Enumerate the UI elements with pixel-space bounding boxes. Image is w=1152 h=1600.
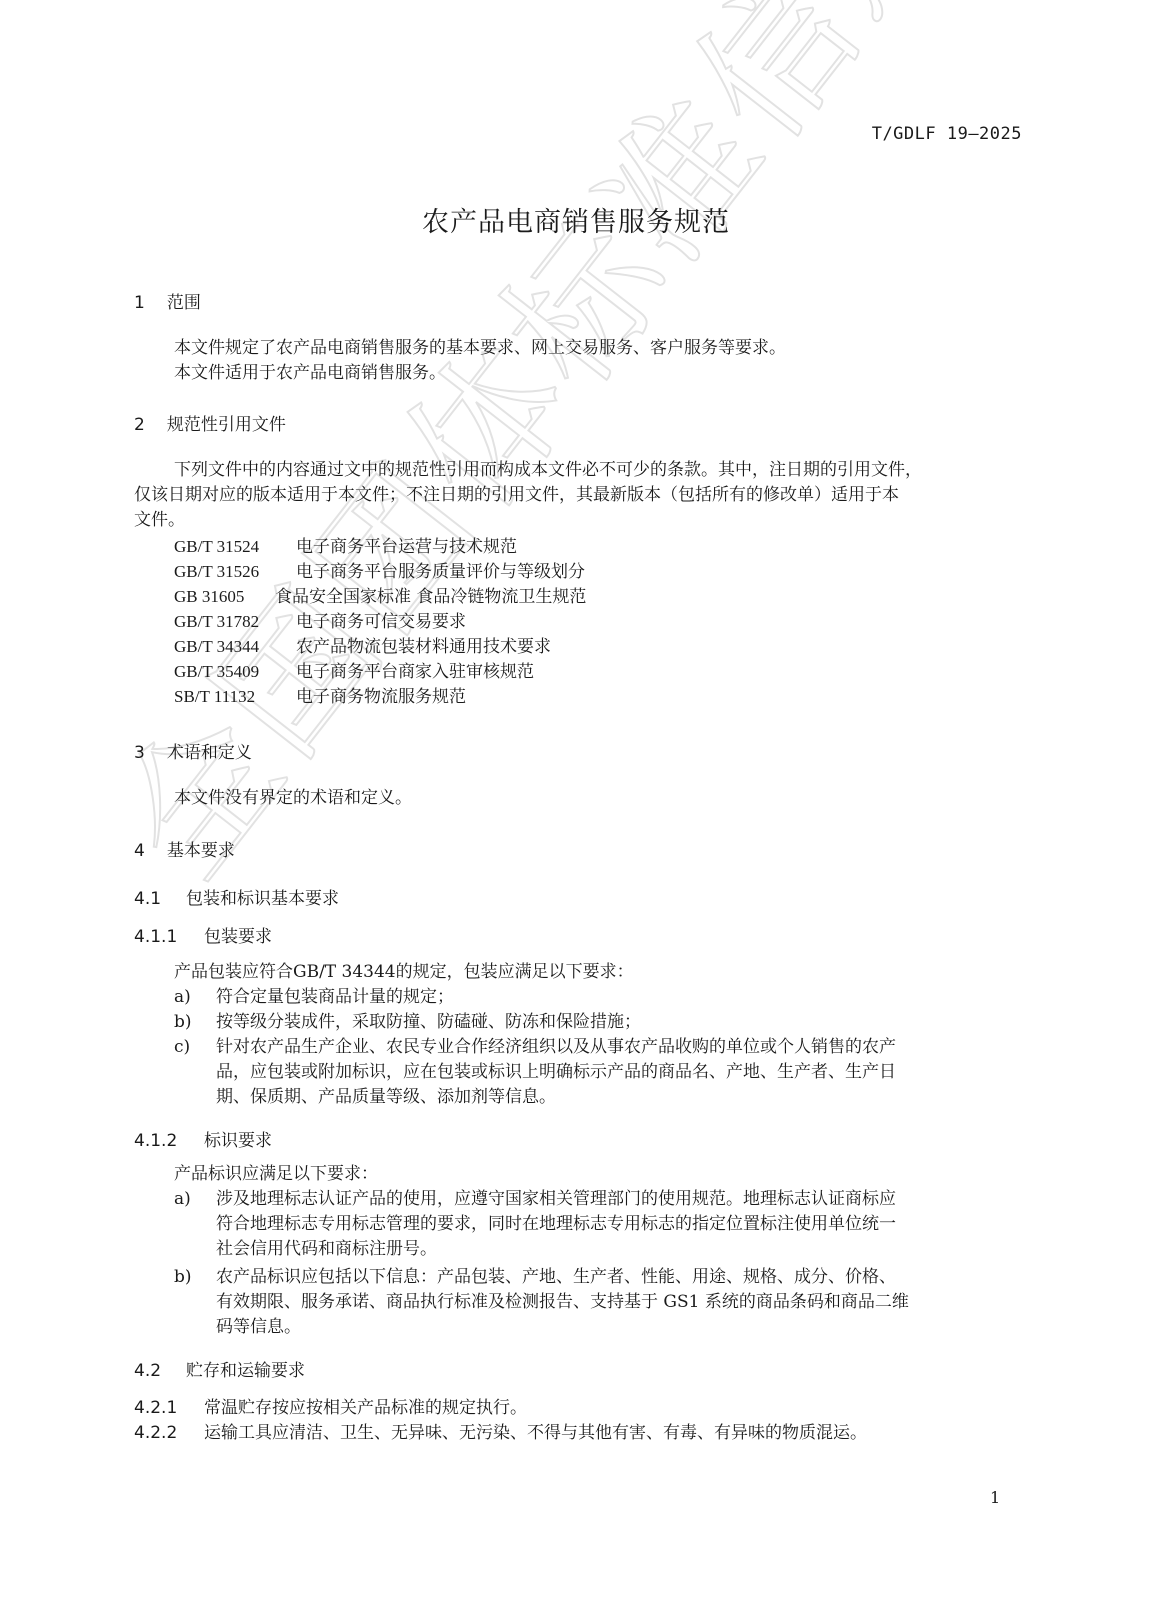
section-number: 4.1.1 xyxy=(134,927,204,947)
section-heading-2: 2规范性引用文件 xyxy=(134,410,286,435)
reference-code: GB/T 35409 xyxy=(174,659,296,684)
reference-item: GB/T 31782电子商务可信交易要求 xyxy=(174,609,466,635)
section-title: 范围 xyxy=(167,293,201,313)
section-number: 1 xyxy=(134,293,145,313)
reference-item: SB/T 11132电子商务物流服务规范 xyxy=(174,684,466,710)
section-number: 4.1 xyxy=(134,889,186,909)
document-page: 全国团体标准信息平台 T/GDLF 19—2025 农产品电商销售服务规范 1范… xyxy=(0,0,1152,1600)
section-title: 标识要求 xyxy=(204,1131,272,1151)
reference-name: 电子商务物流服务规范 xyxy=(296,687,466,707)
reference-name: 电子商务可信交易要求 xyxy=(296,612,466,632)
list-text: 涉及地理标志认证产品的使用，应遵守国家相关管理部门的使用规范。地理标志认证商标应 xyxy=(216,1187,1022,1212)
reference-name: 食品安全国家标准 食品冷链物流卫生规范 xyxy=(275,587,586,607)
list-marker: b) xyxy=(174,1265,192,1290)
clause-text: 常温贮存按应按相关产品标准的规定执行。 xyxy=(204,1398,527,1418)
document-title: 农产品电商销售服务规范 xyxy=(0,200,1152,239)
reference-name: 电子商务平台商家入驻审核规范 xyxy=(296,662,534,682)
list-text: 按等级分装成件，采取防撞、防磕碰、防冻和保险措施； xyxy=(216,1010,1022,1035)
section-number: 4.1.2 xyxy=(134,1131,204,1151)
list-text: 品，应包装或附加标识，应在包装或标识上明确标示产品的商品名、产地、生产者、生产日 xyxy=(216,1060,1022,1085)
section-title: 贮存和运输要求 xyxy=(186,1361,305,1381)
paragraph: 产品包装应符合GB/T 34344的规定，包装应满足以下要求： xyxy=(174,960,634,985)
section-number: 4.2 xyxy=(134,1361,186,1381)
section-number: 4.2.1 xyxy=(134,1398,204,1418)
list-text: 有效期限、服务承诺、商品执行标准及检测报告、支持基于 GS1 系统的商品条码和商… xyxy=(216,1290,1022,1315)
reference-name: 电子商务平台服务质量评价与等级划分 xyxy=(296,562,585,582)
paragraph: 本文件适用于农产品电商销售服务。 xyxy=(174,361,446,386)
paragraph: 产品标识应满足以下要求： xyxy=(174,1162,378,1187)
reference-item: GB/T 31526电子商务平台服务质量评价与等级划分 xyxy=(174,559,585,585)
list-marker: b) xyxy=(174,1010,192,1035)
reference-item: GB/T 34344农产品物流包装材料通用技术要求 xyxy=(174,634,551,660)
section-heading-4-2: 4.2贮存和运输要求 xyxy=(134,1356,305,1381)
list-text: 符合地理标志专用标志管理的要求，同时在地理标志专用标志的指定位置标注使用单位统一 xyxy=(216,1212,1022,1237)
list-text: 社会信用代码和商标注册号。 xyxy=(216,1237,1022,1262)
paragraph: 本文件规定了农产品电商销售服务的基本要求、网上交易服务、客户服务等要求。 xyxy=(174,336,786,361)
section-heading-3: 3术语和定义 xyxy=(134,738,252,763)
reference-code: GB/T 31524 xyxy=(174,534,296,559)
section-heading-4-1-2: 4.1.2标识要求 xyxy=(134,1126,272,1151)
section-number: 3 xyxy=(134,743,145,763)
reference-code: GB/T 34344 xyxy=(174,634,296,659)
section-title: 包装和标识基本要求 xyxy=(186,889,339,909)
paragraph-line: 仅该日期对应的版本适用于本文件；不注日期的引用文件，其最新版本（包括所有的修改单… xyxy=(134,483,899,508)
list-text: 期、保质期、产品质量等级、添加剂等信息。 xyxy=(216,1085,1022,1110)
section-number: 4 xyxy=(134,841,145,861)
section-heading-4-1: 4.1包装和标识基本要求 xyxy=(134,884,339,909)
section-heading-1: 1范围 xyxy=(134,288,201,313)
section-number: 2 xyxy=(134,415,145,435)
reference-code: GB/T 31782 xyxy=(174,609,296,634)
list-marker: a) xyxy=(174,985,191,1010)
clause-4-2-2: 4.2.2运输工具应清洁、卫生、无异味、无污染、不得与其他有害、有毒、有异味的物… xyxy=(134,1418,867,1443)
section-title: 规范性引用文件 xyxy=(167,415,286,435)
reference-code: GB 31605 xyxy=(174,584,275,609)
list-text: 针对农产品生产企业、农民专业合作经济组织以及从事农产品收购的单位或个人销售的农产 xyxy=(216,1035,1022,1060)
reference-code: GB/T 31526 xyxy=(174,559,296,584)
reference-name: 农产品物流包装材料通用技术要求 xyxy=(296,637,551,657)
paragraph-line: 下列文件中的内容通过文中的规范性引用而构成本文件必不可少的条款。其中，注日期的引… xyxy=(174,458,922,483)
section-title: 包装要求 xyxy=(204,927,272,947)
reference-code: SB/T 11132 xyxy=(174,684,296,709)
section-title: 术语和定义 xyxy=(167,743,252,763)
list-marker: a) xyxy=(174,1187,191,1212)
list-text: 符合定量包装商品计量的规定； xyxy=(216,985,1022,1010)
section-heading-4-1-1: 4.1.1包装要求 xyxy=(134,922,272,947)
clause-text: 运输工具应清洁、卫生、无异味、无污染、不得与其他有害、有毒、有异味的物质混运。 xyxy=(204,1423,867,1443)
reference-item: GB/T 35409电子商务平台商家入驻审核规范 xyxy=(174,659,534,685)
paragraph: 本文件没有界定的术语和定义。 xyxy=(174,786,412,811)
paragraph-line: 文件。 xyxy=(134,508,185,533)
list-text: 码等信息。 xyxy=(216,1315,1022,1340)
list-marker: c) xyxy=(174,1035,190,1060)
reference-item: GB/T 31524电子商务平台运营与技术规范 xyxy=(174,534,517,560)
standard-code: T/GDLF 19—2025 xyxy=(872,124,1022,144)
list-text: 农产品标识应包括以下信息：产品包装、产地、生产者、性能、用途、规格、成分、价格、 xyxy=(216,1265,1022,1290)
section-number: 4.2.2 xyxy=(134,1423,204,1443)
clause-4-2-1: 4.2.1常温贮存按应按相关产品标准的规定执行。 xyxy=(134,1393,527,1418)
watermark: 全国团体标准信息平台 xyxy=(60,0,969,913)
section-heading-4: 4基本要求 xyxy=(134,836,235,861)
page-number: 1 xyxy=(990,1488,1000,1507)
reference-item: GB 31605食品安全国家标准 食品冷链物流卫生规范 xyxy=(174,584,586,610)
reference-name: 电子商务平台运营与技术规范 xyxy=(296,537,517,557)
section-title: 基本要求 xyxy=(167,841,235,861)
